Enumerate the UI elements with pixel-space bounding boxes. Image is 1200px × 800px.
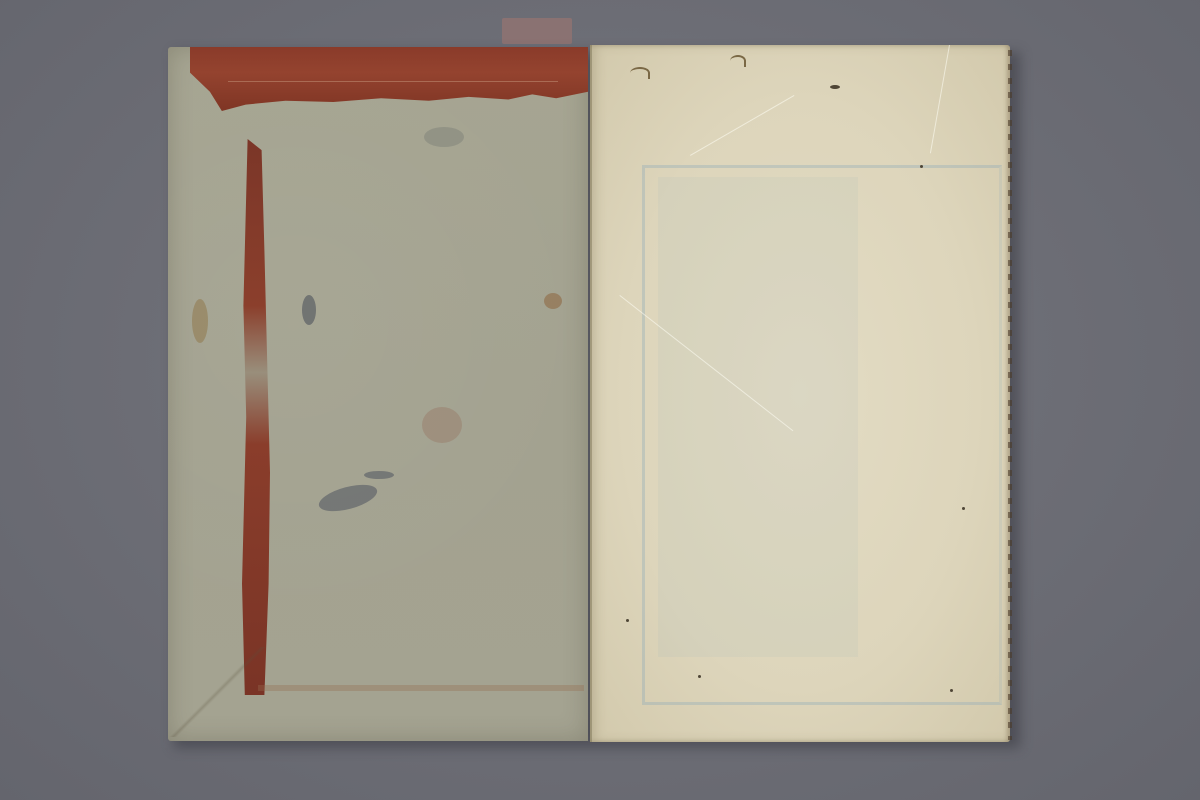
speck [626, 619, 629, 622]
fiber-fleck [302, 295, 316, 325]
gutter-fold [590, 45, 592, 742]
fiber-fleck [424, 127, 464, 147]
pastedown-bottom-edge [258, 685, 584, 691]
stain-spot [544, 293, 562, 309]
fiber-fleck [316, 480, 380, 517]
inside-front-cover [168, 47, 588, 741]
cover-turn-in-spine-side [242, 139, 270, 695]
cover-turn-in-top [190, 47, 588, 111]
fore-edge-stitching [1008, 50, 1012, 740]
worm-mark [730, 55, 746, 67]
fiber-fleck [364, 471, 394, 479]
speck [962, 507, 965, 510]
speck [920, 165, 923, 168]
speck [698, 675, 701, 678]
speck [830, 85, 840, 89]
first-leaf [590, 45, 1010, 742]
show-through-printed-frame [642, 165, 1002, 705]
worm-mark [630, 67, 650, 79]
catalog-tag [502, 18, 572, 44]
stain-spot [192, 299, 208, 343]
turn-in-crease [228, 81, 558, 82]
stain-spot [422, 407, 462, 443]
speck [950, 689, 953, 692]
paper-crease [930, 45, 950, 153]
corner-crease [168, 647, 268, 737]
paper-crease [690, 95, 794, 156]
